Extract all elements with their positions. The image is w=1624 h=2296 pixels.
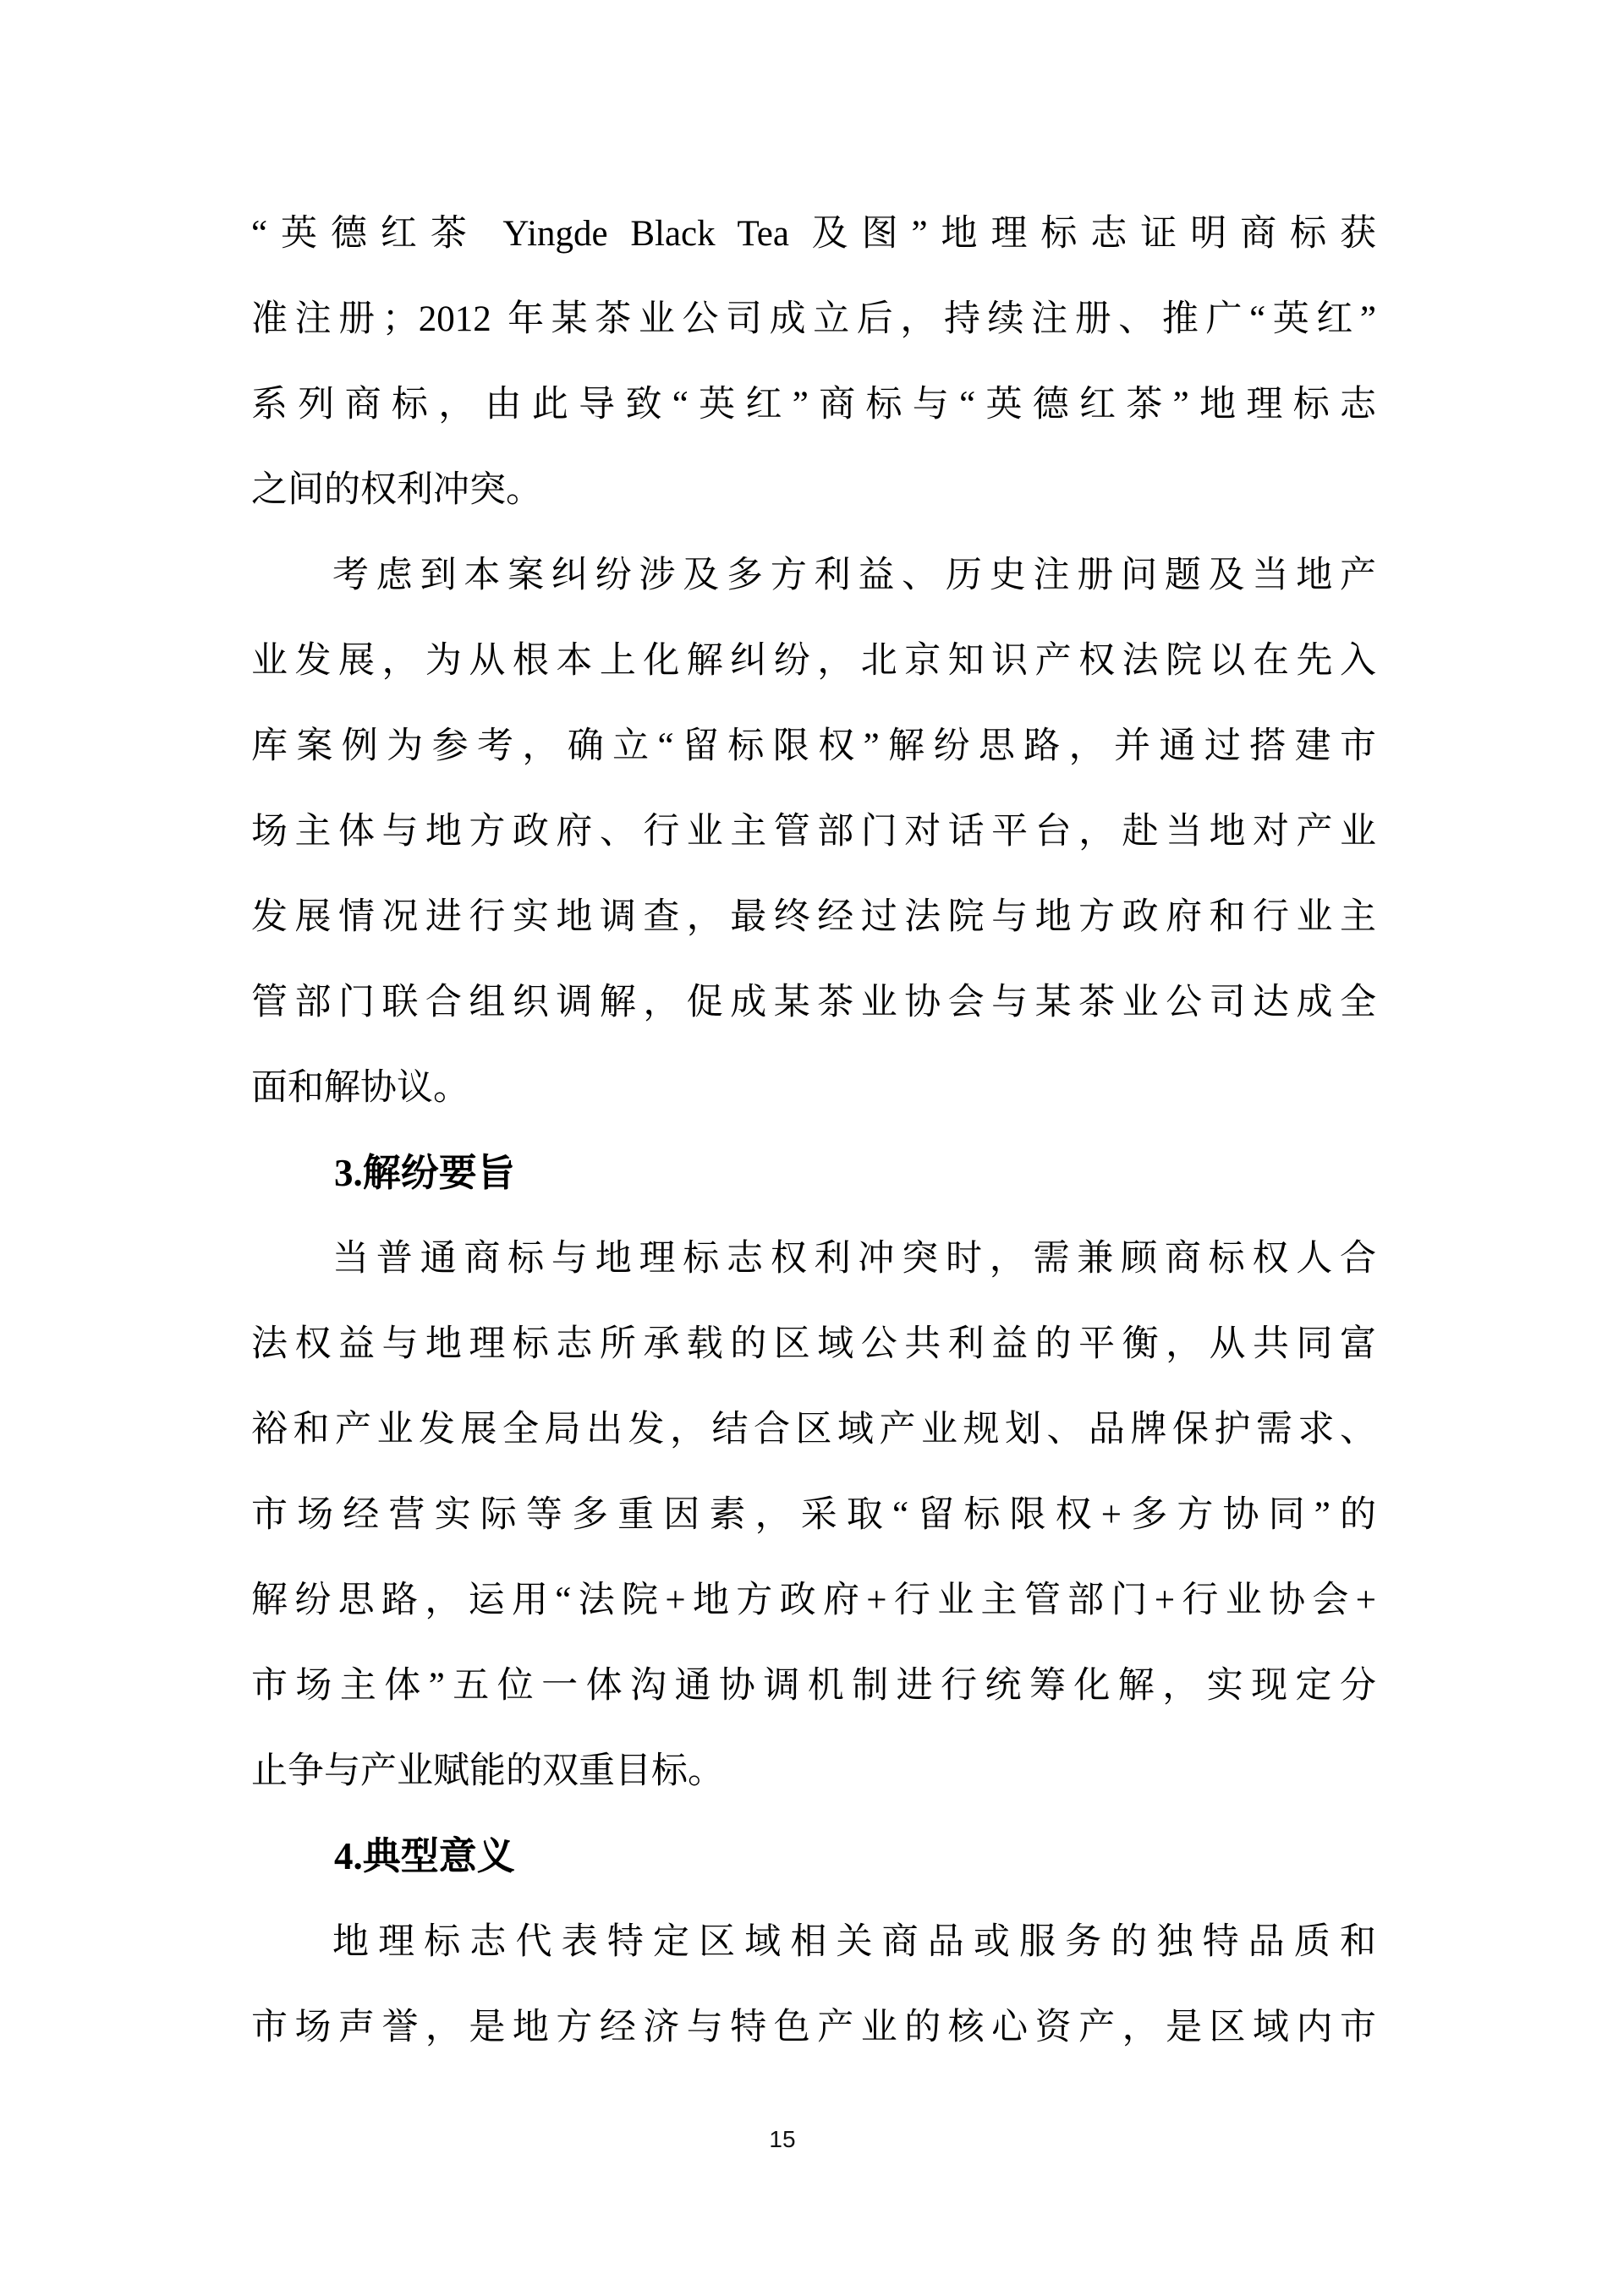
text-line: 法权益与地理标志所承载的区域公共利益的平衡，从共同富 (251, 1301, 1376, 1387)
text-line: 系列商标，由此导致“英红”商标与“英德红茶”地理标志 (251, 362, 1376, 447)
text-line: 场主体与地方政府、行业主管部门对话平台，赴当地对产业 (251, 789, 1376, 874)
page-number: 15 (0, 2124, 1565, 2155)
text-line: 裕和产业发展全局出发，结合区域产业规划、品牌保护需求、 (251, 1387, 1376, 1472)
text-line: 地理标志代表特定区域相关商品或服务的独特品质和 (251, 1899, 1376, 1985)
section-heading: 3.解纷要旨 (251, 1131, 1376, 1216)
text-line: “英德红茶 Yingde Black Tea 及图”地理标志证明商标获 (251, 191, 1376, 277)
text-line: 当普通商标与地理标志权利冲突时，需兼顾商标权人合 (251, 1216, 1376, 1301)
text-line: 准注册；2012 年某茶业公司成立后，持续注册、推广“英红” (251, 277, 1376, 362)
text-line: 解纷思路，运用“法院+地方政府+行业主管部门+行业协会+ (251, 1558, 1376, 1643)
text-line: 管部门联合组织调解，促成某茶业协会与某茶业公司达成全 (251, 960, 1376, 1045)
text-line: 市场经营实际等多重因素，采取“留标限权+多方协同”的 (251, 1472, 1376, 1558)
text-line: 止争与产业赋能的双重目标。 (251, 1729, 1376, 1814)
section-heading: 4.典型意义 (251, 1814, 1376, 1899)
text-line: 之间的权利冲突。 (251, 447, 1376, 533)
text-line: 库案例为参考，确立“留标限权”解纷思路，并通过搭建市 (251, 704, 1376, 789)
text-line: 业发展，为从根本上化解纠纷，北京知识产权法院以在先入 (251, 618, 1376, 704)
document-page: “英德红茶 Yingde Black Tea 及图”地理标志证明商标获准注册；2… (0, 0, 1624, 2296)
text-line: 面和解协议。 (251, 1045, 1376, 1131)
text-line: 考虑到本案纠纷涉及多方利益、历史注册问题及当地产 (251, 533, 1376, 618)
text-line: 市场声誉，是地方经济与特色产业的核心资产，是区域内市 (251, 1985, 1376, 2070)
text-column: “英德红茶 Yingde Black Tea 及图”地理标志证明商标获准注册；2… (251, 191, 1376, 2070)
text-line: 发展情况进行实地调查，最终经过法院与地方政府和行业主 (251, 874, 1376, 960)
text-line: 市场主体”五位一体沟通协调机制进行统筹化解，实现定分 (251, 1643, 1376, 1729)
